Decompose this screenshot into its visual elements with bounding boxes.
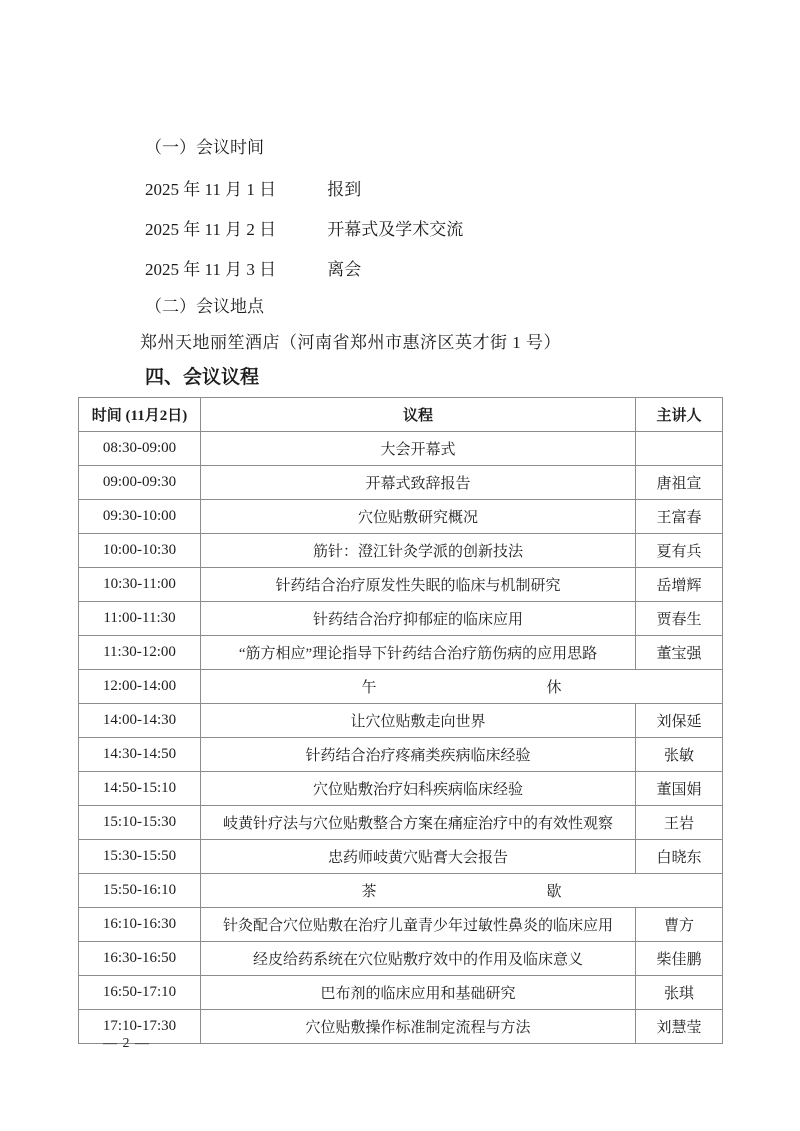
agenda-item-cell: 针药结合治疗原发性失眠的临床与机制研究 (201, 568, 636, 602)
time-cell: 14:50-15:10 (79, 772, 201, 806)
table-row: 10:30-11:00针药结合治疗原发性失眠的临床与机制研究岳增辉 (79, 568, 723, 602)
speaker-cell (636, 432, 723, 466)
schedule-line: 2025 年 11 月 3 日 离会 (145, 255, 361, 280)
agenda-item-cell: 穴位贴敷操作标准制定流程与方法 (201, 1010, 636, 1044)
schedule-date: 2025 年 11 月 1 日 (145, 175, 323, 200)
speaker-cell: 柴佳鹏 (636, 942, 723, 976)
table-row: 17:10-17:30穴位贴敷操作标准制定流程与方法刘慧莹 (79, 1010, 723, 1044)
document-page: （一）会议时间 2025 年 11 月 1 日 报到 2025 年 11 月 2… (0, 0, 800, 1131)
time-cell: 12:00-14:00 (79, 670, 201, 704)
time-cell: 11:30-12:00 (79, 636, 201, 670)
agenda-item-cell: 巴布剂的临床应用和基础研究 (201, 976, 636, 1010)
time-cell: 15:30-15:50 (79, 840, 201, 874)
meeting-place-heading: （二）会议地点 (145, 292, 264, 317)
table-row: 16:10-16:30针灸配合穴位贴敷在治疗儿童青少年过敏性鼻炎的临床应用曹方 (79, 908, 723, 942)
agenda-item-cell: 筋针：澄江针灸学派的创新技法 (201, 534, 636, 568)
speaker-cell: 王富春 (636, 500, 723, 534)
agenda-section-heading: 四、会议议程 (145, 362, 259, 389)
agenda-item-cell: 午休 (201, 670, 723, 704)
time-cell: 08:30-09:00 (79, 432, 201, 466)
time-cell: 10:00-10:30 (79, 534, 201, 568)
time-cell: 10:30-11:00 (79, 568, 201, 602)
table-row: 15:50-16:10茶歇 (79, 874, 723, 908)
time-cell: 16:50-17:10 (79, 976, 201, 1010)
time-cell: 11:00-11:30 (79, 602, 201, 636)
agenda-item-cell: 大会开幕式 (201, 432, 636, 466)
table-row: 12:00-14:00午休 (79, 670, 723, 704)
table-row: 09:00-09:30开幕式致辞报告唐祖宣 (79, 466, 723, 500)
agenda-item-cell: 忠药师岐黄穴贴膏大会报告 (201, 840, 636, 874)
agenda-item-cell: 岐黄针疗法与穴位贴敷整合方案在痛症治疗中的有效性观察 (201, 806, 636, 840)
speaker-cell: 白晓东 (636, 840, 723, 874)
schedule-activity: 开幕式及学术交流 (327, 215, 463, 240)
agenda-table: 时间 (11月2日) 议程 主讲人 08:30-09:00大会开幕式09:00-… (78, 397, 723, 1044)
table-row: 14:50-15:10穴位贴敷治疗妇科疾病临床经验董国娟 (79, 772, 723, 806)
agenda-item-cell: 让穴位贴敷走向世界 (201, 704, 636, 738)
schedule-line: 2025 年 11 月 2 日 开幕式及学术交流 (145, 215, 463, 240)
table-row: 10:00-10:30筋针：澄江针灸学派的创新技法夏有兵 (79, 534, 723, 568)
schedule-activity: 离会 (327, 255, 361, 280)
meeting-time-heading: （一）会议时间 (145, 133, 264, 158)
speaker-cell: 张琪 (636, 976, 723, 1010)
speaker-cell: 王岩 (636, 806, 723, 840)
agenda-item-cell: 针药结合治疗疼痛类疾病临床经验 (201, 738, 636, 772)
time-cell: 14:00-14:30 (79, 704, 201, 738)
speaker-cell: 刘慧莹 (636, 1010, 723, 1044)
time-cell: 09:00-09:30 (79, 466, 201, 500)
speaker-cell: 岳增辉 (636, 568, 723, 602)
header-item: 议程 (201, 398, 636, 432)
table-row: 11:00-11:30针药结合治疗抑郁症的临床应用贾春生 (79, 602, 723, 636)
speaker-cell: 夏有兵 (636, 534, 723, 568)
schedule-date: 2025 年 11 月 3 日 (145, 255, 323, 280)
time-cell: 09:30-10:00 (79, 500, 201, 534)
speaker-cell: 刘保延 (636, 704, 723, 738)
schedule-date: 2025 年 11 月 2 日 (145, 215, 323, 240)
agenda-item-cell: 穴位贴敷治疗妇科疾病临床经验 (201, 772, 636, 806)
speaker-cell: 唐祖宣 (636, 466, 723, 500)
table-row: 16:30-16:50经皮给药系统在穴位贴敷疗效中的作用及临床意义柴佳鹏 (79, 942, 723, 976)
agenda-item-cell: 茶歇 (201, 874, 723, 908)
break-label: 茶歇 (205, 880, 718, 901)
time-cell: 15:10-15:30 (79, 806, 201, 840)
schedule-activity: 报到 (327, 175, 361, 200)
table-row: 08:30-09:00大会开幕式 (79, 432, 723, 466)
table-row: 16:50-17:10巴布剂的临床应用和基础研究张琪 (79, 976, 723, 1010)
speaker-cell: 董国娟 (636, 772, 723, 806)
table-row: 11:30-12:00“筋方相应”理论指导下针药结合治疗筋伤病的应用思路董宝强 (79, 636, 723, 670)
agenda-item-cell: 经皮给药系统在穴位贴敷疗效中的作用及临床意义 (201, 942, 636, 976)
table-row: 15:30-15:50忠药师岐黄穴贴膏大会报告白晓东 (79, 840, 723, 874)
table-row: 15:10-15:30岐黄针疗法与穴位贴敷整合方案在痛症治疗中的有效性观察王岩 (79, 806, 723, 840)
schedule-line: 2025 年 11 月 1 日 报到 (145, 175, 361, 200)
table-row: 14:00-14:30让穴位贴敷走向世界刘保延 (79, 704, 723, 738)
header-speaker: 主讲人 (636, 398, 723, 432)
table-row: 14:30-14:50针药结合治疗疼痛类疾病临床经验张敏 (79, 738, 723, 772)
agenda-item-cell: 穴位贴敷研究概况 (201, 500, 636, 534)
table-row: 09:30-10:00穴位贴敷研究概况王富春 (79, 500, 723, 534)
time-cell: 14:30-14:50 (79, 738, 201, 772)
header-time: 时间 (11月2日) (79, 398, 201, 432)
time-cell: 16:30-16:50 (79, 942, 201, 976)
table-header-row: 时间 (11月2日) 议程 主讲人 (79, 398, 723, 432)
agenda-table-body: 08:30-09:00大会开幕式09:00-09:30开幕式致辞报告唐祖宣09:… (79, 432, 723, 1044)
agenda-item-cell: 针灸配合穴位贴敷在治疗儿童青少年过敏性鼻炎的临床应用 (201, 908, 636, 942)
speaker-cell: 张敏 (636, 738, 723, 772)
break-label: 午休 (205, 676, 718, 697)
agenda-item-cell: 针药结合治疗抑郁症的临床应用 (201, 602, 636, 636)
time-cell: 16:10-16:30 (79, 908, 201, 942)
page-number: — 2 — (103, 1036, 150, 1052)
agenda-item-cell: 开幕式致辞报告 (201, 466, 636, 500)
agenda-item-cell: “筋方相应”理论指导下针药结合治疗筋伤病的应用思路 (201, 636, 636, 670)
time-cell: 15:50-16:10 (79, 874, 201, 908)
speaker-cell: 贾春生 (636, 602, 723, 636)
speaker-cell: 曹方 (636, 908, 723, 942)
meeting-place-address: 郑州天地丽笙酒店（河南省郑州市惠济区英才街 1 号） (140, 328, 561, 353)
speaker-cell: 董宝强 (636, 636, 723, 670)
